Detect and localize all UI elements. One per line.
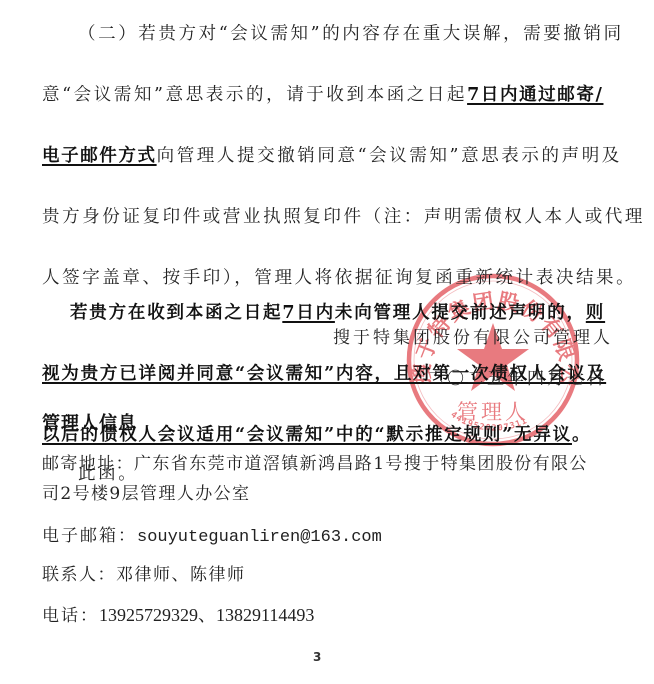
paragraph-2-line-3: 电子邮件方式向管理人提交撤销同意“会议需知”意思表示的声明及 — [42, 145, 612, 167]
issue-date: 二〇二五年四月七日 — [427, 368, 607, 390]
contact-label: 联系人： — [42, 565, 116, 585]
paragraph-3-line-1-a: 若贵方在收到本函之日起 — [70, 303, 282, 323]
paragraph-2-line-2-text: 意“会议需知”意思表示的，请于收到本函之日起 — [42, 85, 467, 105]
phone-numbers: 13925729329、13829114493 — [99, 605, 314, 625]
mailing-address-line-2: 司2号楼9层管理人办公室 — [42, 483, 250, 505]
closing-text: 此函。 — [78, 463, 648, 485]
email-label: 电子邮箱： — [42, 526, 137, 546]
paragraph-3-line-1-b: 未向管理人提交前述声明的， — [335, 303, 586, 323]
contact-names: 邓律师、陈律师 — [116, 565, 246, 585]
paragraph-2-line-2: 意“会议需知”意思表示的，请于收到本函之日起7日内通过邮寄/ — [42, 84, 612, 106]
phone-row: 电话：13925729329、13829114493 — [42, 604, 314, 627]
official-seal-stamp-icon: 搜于特集团股份有限公司 管理人 4419520207311 — [403, 271, 583, 449]
paragraph-3-line-3-end: 。 — [572, 425, 591, 445]
paragraph-3-line-1: 若贵方在收到本函之日起7日内未向管理人提交前述声明的，则 — [70, 302, 640, 324]
paragraph-2-line-5: 人签字盖章、按手印），管理人将依据征询复函重新统计表决结果。 — [42, 267, 612, 289]
paragraph-3-line-1-end: 则 — [586, 303, 605, 323]
paragraph-2-line-4: 贵方身份证复印件或营业执照复印件（注：声明需债权人本人或代理 — [42, 206, 612, 228]
email-link[interactable]: souyuteguanliren@163.com — [137, 528, 382, 547]
paragraph-3-line-3: 以后的债权人会议适用“会议需知”中的“默示推定规则”无异议。 — [42, 424, 612, 446]
phone-label: 电话： — [42, 606, 99, 626]
document-page: 搜于特集团股份有限公司 管理人 4419520207311 （二）若贵方对“会议… — [0, 0, 654, 684]
issuer-signature: 搜于特集团股份有限公司管理人 — [333, 327, 613, 349]
deadline-emphasis: 7日内通过邮寄/ — [467, 85, 603, 105]
method-emphasis: 电子邮件方式 — [42, 146, 157, 166]
paragraph-3-line-3-text: 以后的债权人会议适用“会议需知”中的“默示推定规则”无异议 — [42, 425, 572, 445]
contact-row: 联系人：邓律师、陈律师 — [42, 564, 246, 586]
paragraph-2-line-1: （二）若贵方对“会议需知”的内容存在重大误解，需要撤销同 — [78, 23, 648, 45]
email-row: 电子邮箱：souyuteguanliren@163.com — [42, 525, 382, 549]
page-number: 3 — [313, 650, 321, 664]
paragraph-3-deadline: 7日内 — [282, 303, 335, 323]
paragraph-2-line-3-text: 向管理人提交撤销同意“会议需知”意思表示的声明及 — [157, 146, 622, 166]
